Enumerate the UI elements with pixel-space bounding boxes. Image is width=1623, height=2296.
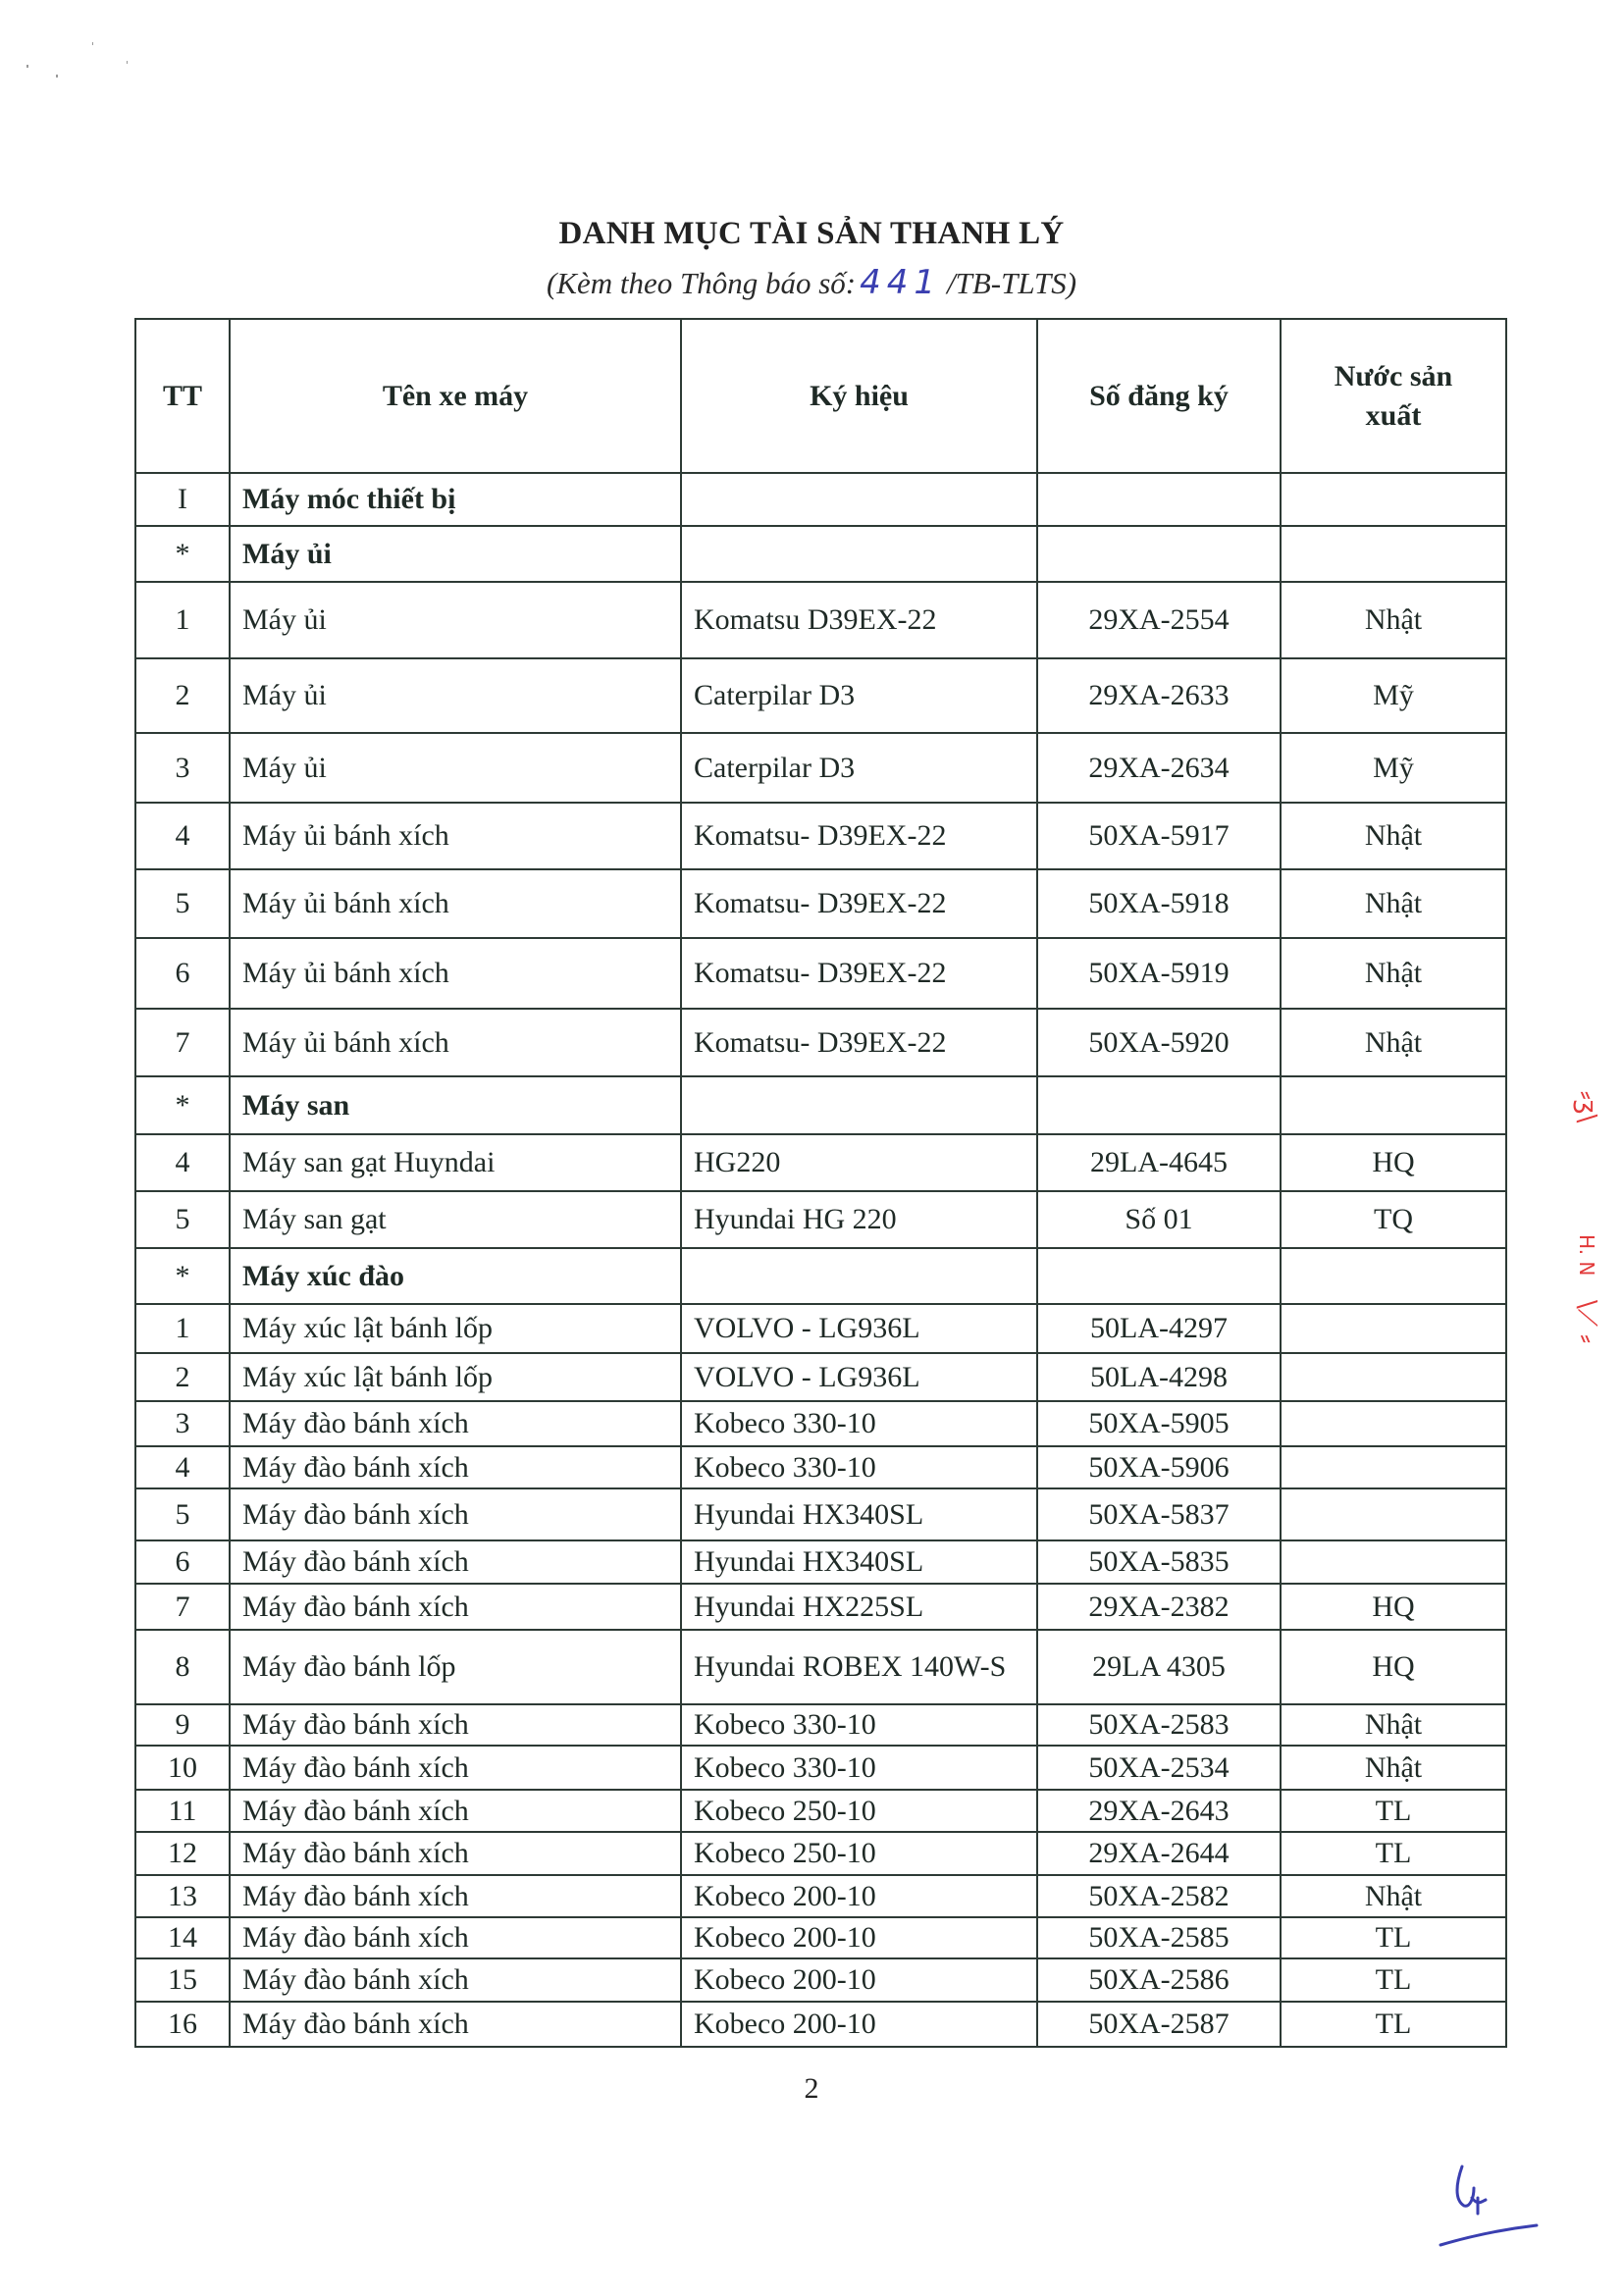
cell-registration: 29LA-4645 (1037, 1134, 1281, 1191)
cell-tt: 5 (135, 1191, 230, 1248)
scan-speck (56, 75, 58, 78)
cell-tt: 3 (135, 1401, 230, 1446)
section-row: *Máy ủi (135, 526, 1506, 582)
cell-tt: 7 (135, 1584, 230, 1630)
cell-model: Kobeco 330-10 (681, 1704, 1037, 1746)
section-row: *Máy xúc đào (135, 1248, 1506, 1304)
cell-model: Komatsu- D39EX-22 (681, 938, 1037, 1009)
cell-name: Máy xúc lật bánh lốp (230, 1353, 681, 1401)
cell-tt: 3 (135, 733, 230, 803)
cell-model (681, 526, 1037, 582)
table-row: 15Máy đào bánh xíchKobeco 200-1050XA-258… (135, 1958, 1506, 2002)
cell-name: Máy đào bánh xích (230, 1401, 681, 1446)
cell-model: HG220 (681, 1134, 1037, 1191)
cell-tt: 7 (135, 1009, 230, 1076)
cell-model (681, 473, 1037, 526)
cell-country: HQ (1281, 1134, 1506, 1191)
table-row: 4Máy đào bánh xíchKobeco 330-1050XA-5906 (135, 1446, 1506, 1488)
cell-name: Máy đào bánh xích (230, 1917, 681, 1958)
cell-country: TL (1281, 1790, 1506, 1832)
cell-model: VOLVO - LG936L (681, 1304, 1037, 1353)
cell-tt: 6 (135, 938, 230, 1009)
cell-country (1281, 1304, 1506, 1353)
cell-country: TL (1281, 1958, 1506, 2002)
cell-country: Nhật (1281, 803, 1506, 869)
table-row: 7Máy ủi bánh xíchKomatsu- D39EX-2250XA-5… (135, 1009, 1506, 1076)
cell-registration: 50XA-2582 (1037, 1875, 1281, 1917)
cell-model: Kobeco 330-10 (681, 1401, 1037, 1446)
cell-tt: * (135, 1076, 230, 1134)
cell-tt: 14 (135, 1917, 230, 1958)
cell-registration: 50LA-4297 (1037, 1304, 1281, 1353)
scan-speck (26, 65, 28, 68)
table-row: 2Máy ủiCaterpilar D329XA-2633Mỹ (135, 658, 1506, 733)
cell-name: Máy ủi bánh xích (230, 1009, 681, 1076)
cell-tt: 4 (135, 803, 230, 869)
table-row: 13Máy đào bánh xíchKobeco 200-1050XA-258… (135, 1875, 1506, 1917)
page-number: 2 (0, 2072, 1623, 2106)
cell-registration: 50XA-2583 (1037, 1704, 1281, 1746)
cell-model: Kobeco 330-10 (681, 1446, 1037, 1488)
cell-name: Máy ủi (230, 658, 681, 733)
cell-country (1281, 1248, 1506, 1304)
cell-name: Máy đào bánh xích (230, 2002, 681, 2047)
cell-name: Máy ủi bánh xích (230, 938, 681, 1009)
cell-tt: 2 (135, 1353, 230, 1401)
table-row: 2Máy xúc lật bánh lốpVOLVO - LG936L50LA-… (135, 1353, 1506, 1401)
cell-tt: * (135, 526, 230, 582)
cell-registration: 50XA-5917 (1037, 803, 1281, 869)
table-row: 3Máy đào bánh xíchKobeco 330-1050XA-5905 (135, 1401, 1506, 1446)
table-row: 14Máy đào bánh xíchKobeco 200-1050XA-258… (135, 1917, 1506, 1958)
cell-name: Máy ủi (230, 582, 681, 658)
cell-name: Máy đào bánh xích (230, 1832, 681, 1875)
table-row: 10Máy đào bánh xíchKobeco 330-1050XA-253… (135, 1746, 1506, 1790)
cell-tt: 1 (135, 582, 230, 658)
cell-registration: 50XA-5906 (1037, 1446, 1281, 1488)
cell-registration: 50XA-5918 (1037, 869, 1281, 938)
subtitle-suffix: /TB-TLTS) (947, 266, 1076, 300)
cell-country: Nhật (1281, 582, 1506, 658)
cell-model: Hyundai HX340SL (681, 1488, 1037, 1540)
cell-model: Kobeco 330-10 (681, 1746, 1037, 1790)
cell-country: TL (1281, 1917, 1506, 1958)
cell-registration: Số 01 (1037, 1191, 1281, 1248)
margin-stamp-mark: \⟋ ⸗ (1574, 1300, 1599, 1343)
cell-registration (1037, 526, 1281, 582)
scan-speck (92, 42, 93, 45)
table-body: IMáy móc thiết bị*Máy ủi1Máy ủiKomatsu D… (135, 473, 1506, 2047)
cell-country: Mỹ (1281, 733, 1506, 803)
cell-registration: 29XA-2644 (1037, 1832, 1281, 1875)
cell-country (1281, 1446, 1506, 1488)
cell-model: Hyundai ROBEX 140W-S (681, 1630, 1037, 1704)
cell-model: Hyundai HG 220 (681, 1191, 1037, 1248)
cell-name: Máy đào bánh xích (230, 1746, 681, 1790)
cell-country (1281, 1540, 1506, 1584)
cell-registration: 50LA-4298 (1037, 1353, 1281, 1401)
header-tt: TT (135, 319, 230, 473)
cell-model: Caterpilar D3 (681, 658, 1037, 733)
cell-model (681, 1248, 1037, 1304)
table-row: 3Máy ủiCaterpilar D329XA-2634Mỹ (135, 733, 1506, 803)
cell-model: Komatsu- D39EX-22 (681, 869, 1037, 938)
cell-country (1281, 473, 1506, 526)
section-row: *Máy san (135, 1076, 1506, 1134)
cell-country (1281, 526, 1506, 582)
scan-speck (127, 61, 128, 64)
cell-registration: 29XA-2643 (1037, 1790, 1281, 1832)
cell-tt: 1 (135, 1304, 230, 1353)
cell-name: Máy san gạt (230, 1191, 681, 1248)
cell-tt: 4 (135, 1134, 230, 1191)
cell-country: TQ (1281, 1191, 1506, 1248)
table-row: 16Máy đào bánh xíchKobeco 200-1050XA-258… (135, 2002, 1506, 2047)
cell-registration: 50XA-5905 (1037, 1401, 1281, 1446)
asset-table: TT Tên xe máy Ký hiệu Số đăng ký Nước sả… (134, 318, 1507, 2048)
table-row: 4Máy ủi bánh xíchKomatsu- D39EX-2250XA-5… (135, 803, 1506, 869)
table-row: 8Máy đào bánh lốpHyundai ROBEX 140W-S29L… (135, 1630, 1506, 1704)
header-model: Ký hiệu (681, 319, 1037, 473)
header-name: Tên xe máy (230, 319, 681, 473)
cell-model: Hyundai HX225SL (681, 1584, 1037, 1630)
cell-registration: 50XA-2534 (1037, 1746, 1281, 1790)
cell-name: Máy xúc đào (230, 1248, 681, 1304)
cell-name: Máy đào bánh xích (230, 1584, 681, 1630)
cell-name: Máy đào bánh xích (230, 1446, 681, 1488)
cell-registration: 50XA-5920 (1037, 1009, 1281, 1076)
table-row: 12Máy đào bánh xíchKobeco 250-1029XA-264… (135, 1832, 1506, 1875)
margin-stamp-mark: ⸗ʒ\ (1574, 1091, 1599, 1122)
cell-country (1281, 1076, 1506, 1134)
cell-name: Máy đào bánh xích (230, 1488, 681, 1540)
cell-tt: 5 (135, 869, 230, 938)
cell-registration: 29LA 4305 (1037, 1630, 1281, 1704)
cell-name: Máy đào bánh xích (230, 1958, 681, 2002)
cell-country: Nhật (1281, 1704, 1506, 1746)
cell-name: Máy đào bánh xích (230, 1790, 681, 1832)
cell-tt: 10 (135, 1746, 230, 1790)
cell-registration: 50XA-2587 (1037, 2002, 1281, 2047)
cell-tt: 5 (135, 1488, 230, 1540)
document-title: DANH MỤC TÀI SẢN THANH LÝ (0, 216, 1623, 252)
cell-tt: 12 (135, 1832, 230, 1875)
cell-name: Máy đào bánh lốp (230, 1630, 681, 1704)
cell-country (1281, 1353, 1506, 1401)
table-row: 1Máy ủiKomatsu D39EX-2229XA-2554Nhật (135, 582, 1506, 658)
handwritten-initials-icon (1435, 2159, 1552, 2257)
cell-tt: 6 (135, 1540, 230, 1584)
cell-registration (1037, 473, 1281, 526)
table-row: 4Máy san gạt HuyndaiHG22029LA-4645HQ (135, 1134, 1506, 1191)
cell-name: Máy móc thiết bị (230, 473, 681, 526)
cell-model: Komatsu- D39EX-22 (681, 1009, 1037, 1076)
section-row: IMáy móc thiết bị (135, 473, 1506, 526)
cell-name: Máy ủi (230, 733, 681, 803)
table-row: 1Máy xúc lật bánh lốpVOLVO - LG936L50LA-… (135, 1304, 1506, 1353)
header-registration: Số đăng ký (1037, 319, 1281, 473)
cell-name: Máy đào bánh xích (230, 1540, 681, 1584)
cell-country: Nhật (1281, 869, 1506, 938)
cell-model: Kobeco 200-10 (681, 1875, 1037, 1917)
cell-model: Kobeco 250-10 (681, 1790, 1037, 1832)
cell-country: HQ (1281, 1630, 1506, 1704)
cell-country: Nhật (1281, 938, 1506, 1009)
table-row: 6Máy ủi bánh xíchKomatsu- D39EX-2250XA-5… (135, 938, 1506, 1009)
cell-country (1281, 1401, 1506, 1446)
table-row: 5Máy đào bánh xíchHyundai HX340SL50XA-58… (135, 1488, 1506, 1540)
cell-name: Máy ủi bánh xích (230, 803, 681, 869)
cell-tt: I (135, 473, 230, 526)
cell-model: Kobeco 200-10 (681, 2002, 1037, 2047)
cell-tt: * (135, 1248, 230, 1304)
cell-model: Hyundai HX340SL (681, 1540, 1037, 1584)
cell-tt: 16 (135, 2002, 230, 2047)
cell-model: Komatsu D39EX-22 (681, 582, 1037, 658)
cell-model: Kobeco 200-10 (681, 1917, 1037, 1958)
cell-model: Caterpilar D3 (681, 733, 1037, 803)
cell-name: Máy ủi (230, 526, 681, 582)
cell-tt: 15 (135, 1958, 230, 2002)
subtitle-prefix: (Kèm theo Thông báo số: (547, 266, 856, 300)
table-row: 9Máy đào bánh xíchKobeco 330-1050XA-2583… (135, 1704, 1506, 1746)
cell-registration (1037, 1248, 1281, 1304)
cell-tt: 4 (135, 1446, 230, 1488)
cell-name: Máy xúc lật bánh lốp (230, 1304, 681, 1353)
cell-model: Kobeco 250-10 (681, 1832, 1037, 1875)
cell-country: Mỹ (1281, 658, 1506, 733)
cell-model: Kobeco 200-10 (681, 1958, 1037, 2002)
table-row: 11Máy đào bánh xíchKobeco 250-1029XA-264… (135, 1790, 1506, 1832)
cell-registration: 50XA-5919 (1037, 938, 1281, 1009)
cell-tt: 9 (135, 1704, 230, 1746)
cell-registration (1037, 1076, 1281, 1134)
cell-country: Nhật (1281, 1875, 1506, 1917)
cell-registration: 50XA-2585 (1037, 1917, 1281, 1958)
cell-registration: 29XA-2634 (1037, 733, 1281, 803)
cell-tt: 2 (135, 658, 230, 733)
cell-name: Máy san (230, 1076, 681, 1134)
table-row: 5Máy san gạtHyundai HG 220Số 01TQ (135, 1191, 1506, 1248)
cell-registration: 29XA-2633 (1037, 658, 1281, 733)
cell-country: TL (1281, 2002, 1506, 2047)
cell-country: Nhật (1281, 1009, 1506, 1076)
cell-registration: 29XA-2382 (1037, 1584, 1281, 1630)
cell-country: HQ (1281, 1584, 1506, 1630)
cell-model: Komatsu- D39EX-22 (681, 803, 1037, 869)
table-header-row: TT Tên xe máy Ký hiệu Số đăng ký Nước sả… (135, 319, 1506, 473)
cell-registration: 50XA-5837 (1037, 1488, 1281, 1540)
document-subtitle: (Kèm theo Thông báo số:441/TB-TLTS) (0, 263, 1623, 302)
cell-registration: 29XA-2554 (1037, 582, 1281, 658)
table-row: 5Máy ủi bánh xíchKomatsu- D39EX-2250XA-5… (135, 869, 1506, 938)
cell-tt: 11 (135, 1790, 230, 1832)
handwritten-notice-number: 441 (860, 263, 941, 302)
cell-tt: 8 (135, 1630, 230, 1704)
margin-stamp-mark: H. N (1574, 1234, 1599, 1276)
cell-model (681, 1076, 1037, 1134)
cell-name: Máy ủi bánh xích (230, 869, 681, 938)
cell-country: TL (1281, 1832, 1506, 1875)
cell-registration: 50XA-5835 (1037, 1540, 1281, 1584)
cell-country (1281, 1488, 1506, 1540)
cell-model: VOLVO - LG936L (681, 1353, 1037, 1401)
cell-name: Máy đào bánh xích (230, 1704, 681, 1746)
cell-name: Máy san gạt Huyndai (230, 1134, 681, 1191)
cell-country: Nhật (1281, 1746, 1506, 1790)
cell-name: Máy đào bánh xích (230, 1875, 681, 1917)
cell-registration: 50XA-2586 (1037, 1958, 1281, 2002)
header-country: Nước sản xuất (1281, 319, 1506, 473)
cell-tt: 13 (135, 1875, 230, 1917)
table-row: 7Máy đào bánh xíchHyundai HX225SL29XA-23… (135, 1584, 1506, 1630)
table-row: 6Máy đào bánh xíchHyundai HX340SL50XA-58… (135, 1540, 1506, 1584)
